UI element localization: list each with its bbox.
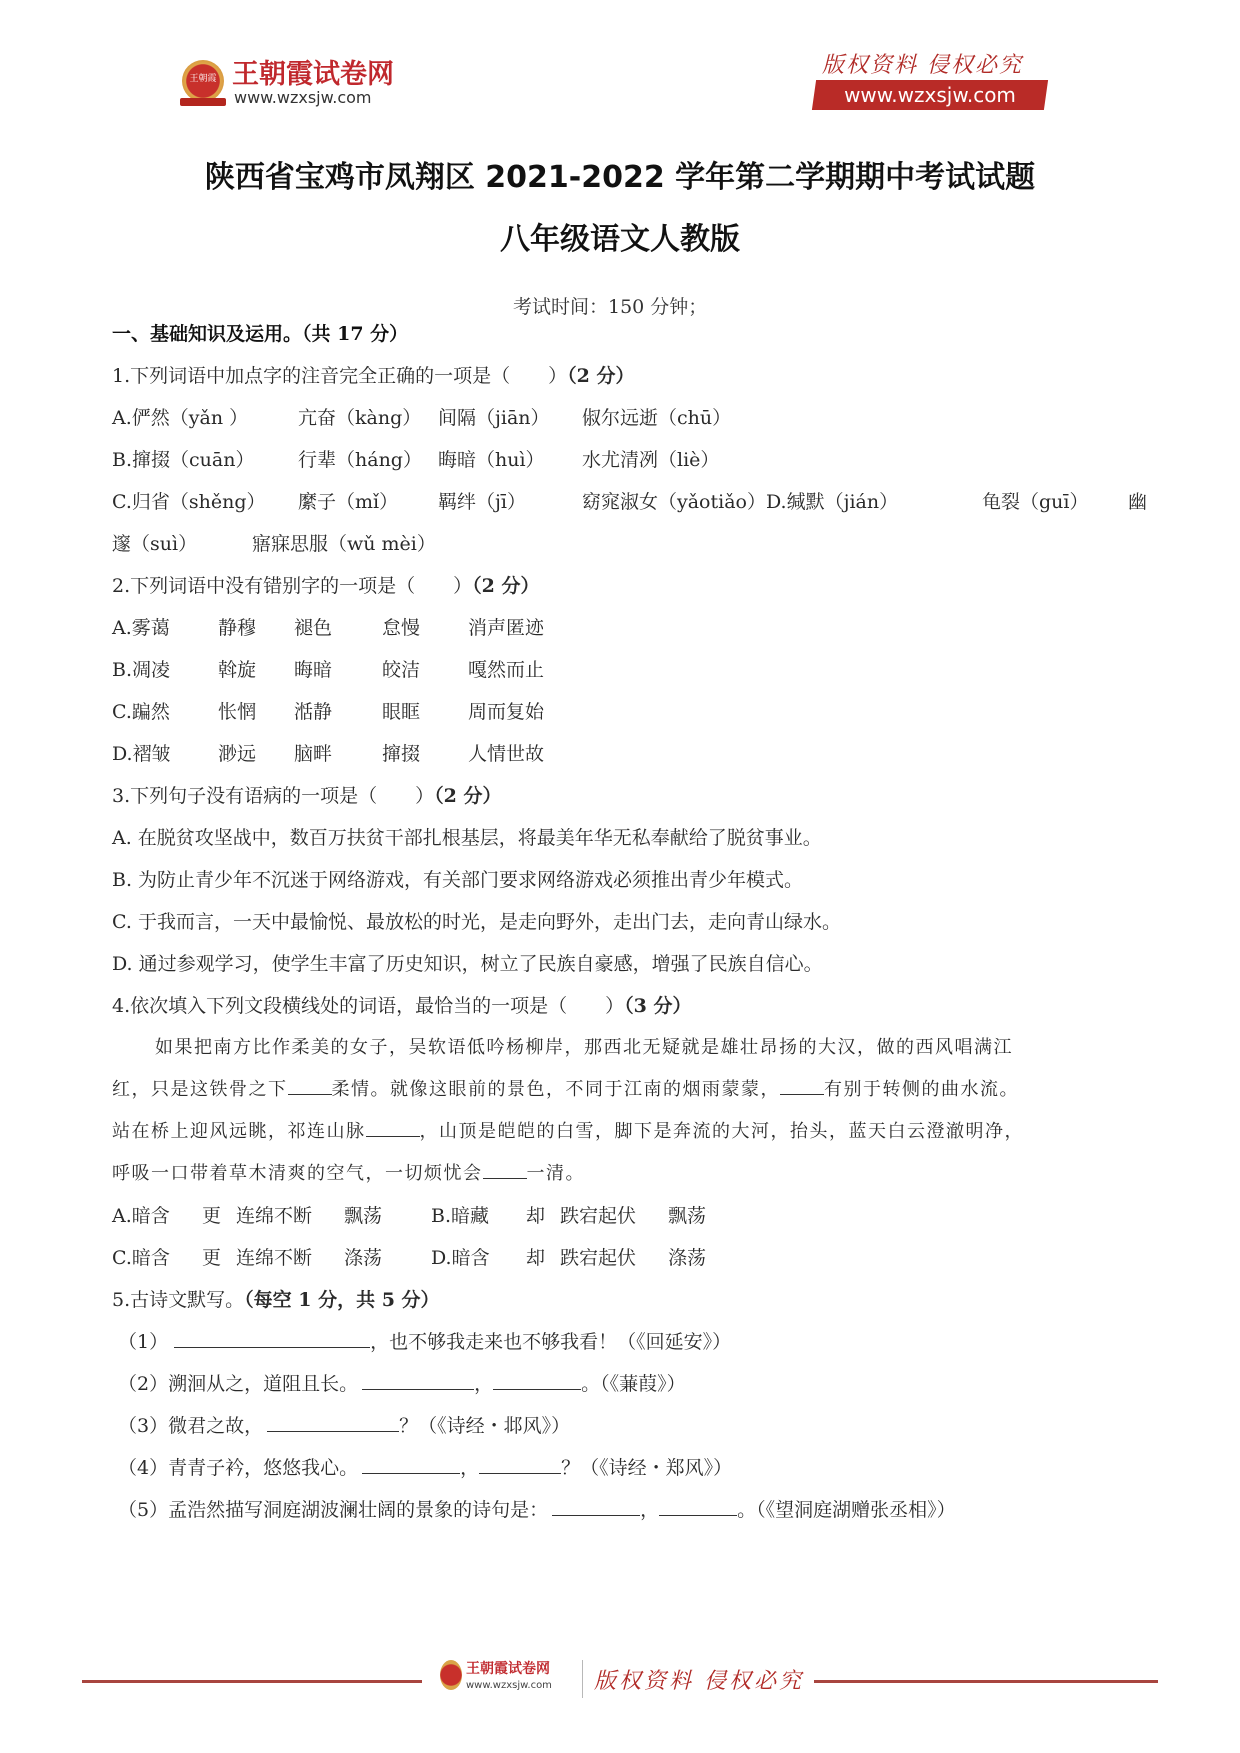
item-post: ？（《诗经・郑风》） [561, 1457, 732, 1479]
footer-logo-name: 王朝霞试卷网 [466, 1658, 550, 1678]
q4-a-3: 连绵不断 [236, 1202, 344, 1230]
q2-a-5: 消声匿迹 [468, 614, 544, 642]
answer-blank-2b[interactable] [493, 1371, 581, 1390]
item-num: （1） [118, 1331, 168, 1353]
question-5-stem: 5.古诗文默写。（每空 1 分，共 5 分） [112, 1286, 440, 1314]
q2-a-1: A.雾蔼 [112, 614, 218, 642]
comma: ， [640, 1499, 659, 1521]
q5-item-3: （3）微君之故，？（《诗经・邶风》） [118, 1412, 570, 1440]
item-pre: 青青子衿，悠悠我心。 [168, 1457, 358, 1479]
q2-option-b: B.凋凌斡旋晦暗皎洁嘎然而止 [112, 656, 544, 684]
comma: ， [474, 1373, 493, 1395]
passage-text: 一清。 [527, 1163, 586, 1184]
q2-option-a: A.雾蔼静穆褪色怠慢消声匿迹 [112, 614, 544, 642]
q2-option-c: C.蹁然怅惘湉静眼眶周而复始 [112, 698, 544, 726]
q1-text: 1.下列词语中加点字的注音完全正确的一项是（ ） [112, 365, 567, 387]
logo-url: www.wzxsjw.com [234, 88, 371, 107]
q4-a-2: 更 [202, 1202, 236, 1230]
q1-option-a: A.俨然（yǎn ）亢奋（kàng）间隔（jiān）俶尔远逝（chū） [112, 404, 731, 432]
comma: ， [460, 1457, 479, 1479]
q2-c-2: 怅惘 [218, 698, 294, 726]
q3-text: 3.下列句子没有语病的一项是（ ） [112, 785, 434, 807]
passage-text: 柔情。就像这眼前的景色，不同于江南的烟雨蒙蒙， [332, 1079, 781, 1100]
footer-separator [582, 1660, 583, 1698]
question-4-stem: 4.依次填入下列文段横线处的词语，最恰当的一项是（ ）（3 分） [112, 992, 691, 1020]
q5-item-1: （1），也不够我走来也不够我看！（《回延安》） [118, 1328, 731, 1356]
q4-passage-line-4: 呼吸一口带着草木清爽的空气，一切烦忧会一清。 [112, 1160, 585, 1188]
item-num: （4） [118, 1457, 168, 1479]
item-pre: 微君之故， [168, 1415, 263, 1437]
q5-item-2: （2）溯洄从之，道阻且长。，。（《蒹葭》） [118, 1370, 686, 1398]
q1-a-2: 亢奋（kàng） [298, 404, 438, 432]
exam-time: 考试时间：150 分钟； [513, 292, 707, 319]
answer-blank-2a[interactable] [362, 1371, 474, 1390]
footer-divider-left [82, 1680, 422, 1683]
q3-option-d: D. 通过参观学习，使学生丰富了历史知识，树立了民族自豪感，增强了民族自信心。 [112, 950, 823, 978]
q4-c-4: 涤荡 [344, 1244, 431, 1272]
q2-text: 2.下列词语中没有错别字的一项是（ ） [112, 575, 472, 597]
q2-c-5: 周而复始 [468, 698, 544, 726]
blank-1[interactable] [288, 1076, 332, 1095]
q2-d-5: 人情世故 [468, 740, 544, 768]
item-pre: 溯洄从之，道阻且长。 [168, 1373, 358, 1395]
q2-b-4: 皎洁 [382, 656, 468, 684]
q5-item-5: （5）孟浩然描写洞庭湖波澜壮阔的景象的诗句是：，。（《望洞庭湖赠张丞相》） [118, 1496, 956, 1524]
item-num: （5） [118, 1499, 168, 1521]
q1-c-3: 羁绊（jī） [438, 488, 582, 516]
q1-d-2: 龟裂（guī） [982, 488, 1128, 516]
q4-b-2: 却 [526, 1202, 560, 1230]
q1-b-4: 水尤清冽（liè） [582, 446, 719, 474]
section-heading: 一、基础知识及运用。（共 17 分） [112, 320, 408, 348]
q2-d-2: 渺远 [218, 740, 294, 768]
q1-b-1: B.撺掇（cuān） [112, 446, 298, 474]
answer-blank-3[interactable] [267, 1413, 399, 1432]
banner-url: www.wzxsjw.com [814, 80, 1046, 110]
q4-b-1: B.暗藏 [431, 1202, 526, 1230]
q1-c-2: 縻子（mǐ） [298, 488, 438, 516]
q1-a-3: 间隔（jiān） [438, 404, 582, 432]
answer-blank-5b[interactable] [659, 1497, 737, 1516]
copyright-notice: 版权资料 侵权必究 [822, 48, 1023, 79]
item-post: 。（《蒹葭》） [581, 1373, 686, 1395]
answer-blank-4a[interactable] [362, 1455, 460, 1474]
footer-badge-icon [440, 1660, 462, 1690]
footer-logo: 王朝霞试卷网 www.wzxsjw.com [440, 1656, 590, 1702]
site-logo: 王朝霞 王朝霞试卷网 www.wzxsjw.com [180, 50, 420, 112]
q5-score: （每空 1 分，共 5 分） [244, 1289, 439, 1311]
question-1-stem: 1.下列词语中加点字的注音完全正确的一项是（ ）（2 分） [112, 362, 634, 390]
q1-a-1: A.俨然（yǎn ） [112, 404, 298, 432]
q1-a-4: 俶尔远逝（chū） [582, 404, 731, 432]
q3-option-b: B. 为防止青少年不沉迷于网络游戏，有关部门要求网络游戏必须推出青少年模式。 [112, 866, 803, 894]
q2-option-d: D.褶皱渺远脑畔撺掇人情世故 [112, 740, 544, 768]
q2-c-1: C.蹁然 [112, 698, 218, 726]
q2-a-3: 褪色 [294, 614, 382, 642]
q1-option-b: B.撺掇（cuān）行辈（háng）晦暗（huì）水尤清冽（liè） [112, 446, 719, 474]
q4-d-4: 涤荡 [668, 1244, 706, 1272]
q1-b-2: 行辈（háng） [298, 446, 438, 474]
item-num: （2） [118, 1373, 168, 1395]
q1-b-3: 晦暗（huì） [438, 446, 582, 474]
q4-c-1: C.暗含 [112, 1244, 202, 1272]
q3-score: （2 分） [434, 785, 501, 807]
q1-option-d-cont: 邃（suì）寤寐思服（wǔ mèi） [112, 530, 436, 558]
q2-score: （2 分） [472, 575, 539, 597]
url-banner: www.wzxsjw.com [812, 80, 1048, 110]
page-title: 陕西省宝鸡市凤翔区 2021-2022 学年第二学期期中考试试题 [0, 152, 1240, 196]
q4-passage-line-3: 站在桥上迎风远眺，祁连山脉，山顶是皑皑的白雪，脚下是奔流的大河，抬头，蓝天白云澄… [112, 1118, 1024, 1146]
blank-2[interactable] [780, 1076, 824, 1095]
question-2-stem: 2.下列词语中没有错别字的一项是（ ）（2 分） [112, 572, 539, 600]
q4-d-3: 跌宕起伏 [560, 1244, 668, 1272]
footer-divider-right [814, 1680, 1158, 1683]
q1-c-1: C.归省（shěng） [112, 488, 298, 516]
footer-logo-url: www.wzxsjw.com [466, 1680, 552, 1691]
question-3-stem: 3.下列句子没有语病的一项是（ ）（2 分） [112, 782, 501, 810]
item-post: ，也不够我走来也不够我看！（《回延安》） [370, 1331, 731, 1353]
q4-c-3: 连绵不断 [236, 1244, 344, 1272]
q4-options-ab: A.暗含更连绵不断飘荡B.暗藏却跌宕起伏飘荡 [112, 1202, 706, 1230]
q2-a-2: 静穆 [218, 614, 294, 642]
q1-d-3: 幽 [1128, 488, 1147, 516]
q4-a-1: A.暗含 [112, 1202, 202, 1230]
q2-d-1: D.褶皱 [112, 740, 218, 768]
q4-d-1: D.暗含 [431, 1244, 526, 1272]
passage-text: ，山顶是皑皑的白雪，脚下是奔流的大河，抬头，蓝天白云澄澈明净， [420, 1121, 1025, 1142]
logo-badge-icon: 王朝霞 [180, 54, 228, 106]
passage-text: 红，只是这铁骨之下 [112, 1079, 288, 1100]
page-subtitle: 八年级语文人教版 [0, 214, 1240, 258]
item-pre: 孟浩然描写洞庭湖波澜壮阔的景象的诗句是： [168, 1499, 548, 1521]
q3-option-a: A. 在脱贫攻坚战中，数百万扶贫干部扎根基层，将最美年华无私奉献给了脱贫事业。 [112, 824, 822, 852]
q1-option-c-d: C.归省（shěng）縻子（mǐ）羁绊（jī）窈窕淑女（yǎotiǎo）D.缄默… [112, 488, 1147, 516]
q2-b-2: 斡旋 [218, 656, 294, 684]
blank-4[interactable] [483, 1160, 527, 1179]
answer-blank-4b[interactable] [479, 1455, 561, 1474]
q4-d-2: 却 [526, 1244, 560, 1272]
q1-c-4: 窈窕淑女（yǎotiǎo）D.缄默（jián） [582, 488, 982, 516]
q4-passage-line-2: 红，只是这铁骨之下柔情。就像这眼前的景色，不同于江南的烟雨蒙蒙，有别于转侧的曲水… [112, 1076, 1019, 1104]
item-post: ？（《诗经・邶风》） [399, 1415, 570, 1437]
answer-blank-5a[interactable] [552, 1497, 640, 1516]
q4-options-cd: C.暗含更连绵不断涤荡D.暗含却跌宕起伏涤荡 [112, 1244, 706, 1272]
logo-name: 王朝霞试卷网 [232, 52, 394, 91]
q4-b-3: 跌宕起伏 [560, 1202, 668, 1230]
q4-c-2: 更 [202, 1244, 236, 1272]
q1-score: （2 分） [567, 365, 634, 387]
q4-text: 4.依次填入下列文段横线处的词语，最恰当的一项是（ ） [112, 995, 624, 1017]
passage-text: 呼吸一口带着草木清爽的空气，一切烦忧会 [112, 1163, 483, 1184]
q2-c-3: 湉静 [294, 698, 382, 726]
q3-option-c: C. 于我而言，一天中最愉悦、最放松的时光，是走向野外，走出门去，走向青山绿水。 [112, 908, 841, 936]
q1-d-3b: 邃（suì） [112, 530, 252, 558]
q4-score: （3 分） [624, 995, 691, 1017]
q4-passage-line-1: 如果把南方比作柔美的女子，吴软语低吟杨柳岸，那西北无疑就是雄壮昂扬的大汉，做的西… [155, 1034, 1013, 1062]
q5-text: 5.古诗文默写。 [112, 1289, 244, 1311]
item-post: 。（《望洞庭湖赠张丞相》） [737, 1499, 956, 1521]
q2-b-3: 晦暗 [294, 656, 382, 684]
q4-a-4: 飘荡 [344, 1202, 431, 1230]
q1-d-4: 寤寐思服（wǔ mèi） [252, 530, 436, 558]
q5-item-4: （4）青青子衿，悠悠我心。，？（《诗经・郑风》） [118, 1454, 732, 1482]
q2-b-5: 嘎然而止 [468, 656, 544, 684]
passage-text: 有别于转侧的曲水流。 [824, 1079, 1019, 1100]
footer-copyright: 版权资料 侵权必究 [594, 1664, 804, 1695]
blank-3[interactable] [366, 1118, 420, 1137]
passage-text: 站在桥上迎风远眺，祁连山脉 [112, 1121, 366, 1142]
q2-b-1: B.凋凌 [112, 656, 218, 684]
q4-b-4: 飘荡 [668, 1202, 706, 1230]
item-num: （3） [118, 1415, 168, 1437]
q2-d-4: 撺掇 [382, 740, 468, 768]
q2-c-4: 眼眶 [382, 698, 468, 726]
q2-d-3: 脑畔 [294, 740, 382, 768]
q2-a-4: 怠慢 [382, 614, 468, 642]
answer-blank-1[interactable] [174, 1329, 370, 1348]
